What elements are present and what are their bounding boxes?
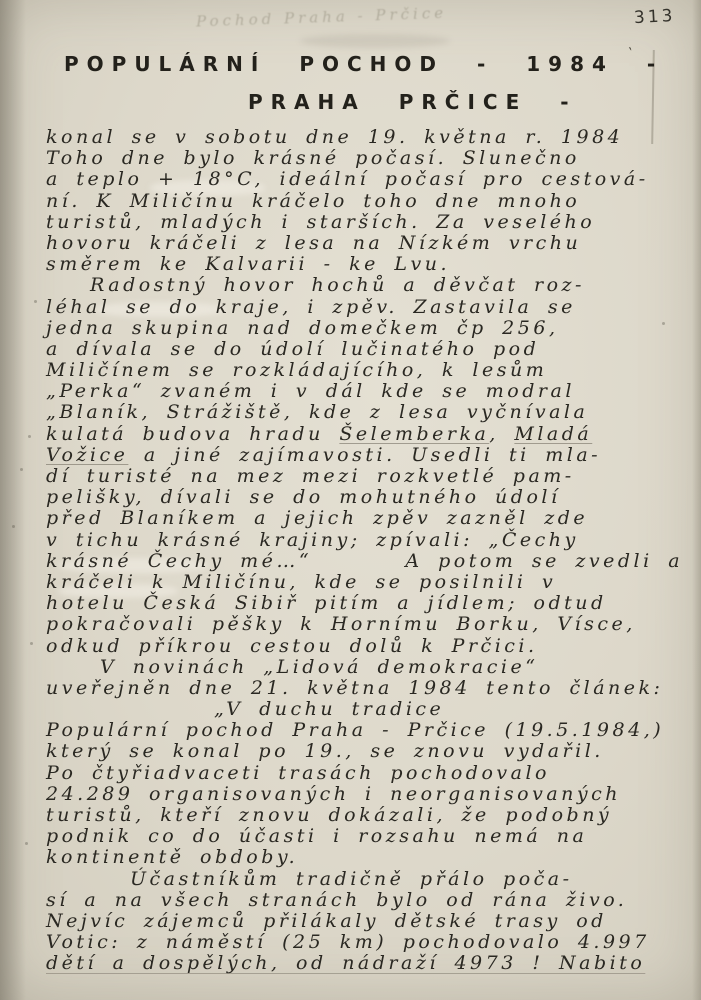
body-line: kráčeli k Miličínu, kde se posilnili v xyxy=(46,572,691,593)
body-line: ní. K Miličínu kráčelo toho dne mnoho xyxy=(46,191,691,212)
body-line: kontinentě obdoby. xyxy=(46,847,691,868)
body-line: Miličínem se rozkládajícího, k lesům xyxy=(46,360,691,381)
body-line: hovoru kráčeli z lesa na Nízkém vrchu xyxy=(46,233,691,254)
body-line: Populární pochod Praha - Prčice (19.5.19… xyxy=(46,720,691,741)
pen-tick-mark: ˏ xyxy=(626,32,638,53)
body-line: jedna skupina nad domečkem čp 256, xyxy=(46,318,691,339)
page-number: 313 xyxy=(633,6,675,28)
body-line: 24.289 organisovaných i neorganisovaných xyxy=(46,784,691,805)
underlined-word: Mladá xyxy=(514,423,592,445)
body-line: uveřejněn dne 21. května 1984 tento člán… xyxy=(46,678,691,699)
body-line: Vožice a jiné zajímavosti. Usedli ti mla… xyxy=(46,445,691,466)
paper-speck xyxy=(28,435,31,438)
body-line: Účastníkům tradičně přálo poča- xyxy=(46,869,691,890)
body-line-segment: , xyxy=(489,423,514,445)
body-line: směrem ke Kalvarii - ke Lvu. xyxy=(46,254,691,275)
pencil-annotation: Pochod Praha - Prčice xyxy=(196,3,456,30)
body-line: odkud příkrou cestou dolů k Prčici. xyxy=(46,636,691,657)
body-line: turistů, mladých i starších. Za veselého xyxy=(46,212,691,233)
page-edge-shadow xyxy=(692,0,701,1000)
body-line-segment: kulatá budova hradu xyxy=(46,423,339,445)
body-line: sí a na všech stranách bylo od rána živo… xyxy=(46,890,691,911)
body-line: V novinách „Lidová demokracie“ xyxy=(46,657,691,678)
body-line: „Blaník, Strážiště, kde z lesa vyčnívala xyxy=(46,402,691,423)
body-line: dětí a dospělých, od nádraží 4973 ! Nabi… xyxy=(46,953,691,974)
body-line: pokračovali pěšky k Hornímu Borku, Vísce… xyxy=(46,614,691,635)
body-line: Po čtyřiadvaceti trasách pochodovalo xyxy=(46,763,691,784)
body-line: před Blaníkem a jejich zpěv zazněl zde xyxy=(46,508,691,529)
page-title-line-1: POPULÁRNÍ POCHOD - 1984 - xyxy=(64,52,663,76)
page-title-line-2: PRAHA PRČICE - xyxy=(248,90,577,114)
pencil-smudge xyxy=(300,34,450,48)
body-line: který se konal po 19., se znovu vydařil. xyxy=(46,741,691,762)
binding-shadow xyxy=(0,0,26,1000)
body-line: kulatá budova hradu Šelemberka, Mladá xyxy=(46,424,691,445)
body-line: Radostný hovor hochů a děvčat roz- xyxy=(46,275,691,296)
body-line: Toho dne bylo krásné počasí. Slunečno xyxy=(46,148,691,169)
body-line: v tichu krásné krajiny; zpívali: „Čechy xyxy=(46,530,691,551)
body-line: podnik co do účasti i rozsahu nemá na xyxy=(46,826,691,847)
paper-speck xyxy=(12,525,15,528)
body-line: hotelu Česká Sibiř pitím a jídlem; odtud xyxy=(46,593,691,614)
handwritten-body: konal se v sobotu dne 19. května r. 1984… xyxy=(46,127,691,975)
paper-speck xyxy=(25,842,28,845)
paper-speck xyxy=(34,300,37,303)
body-line: pelišky, dívali se do mohutného údolí xyxy=(46,487,691,508)
body-line: Nejvíc zájemců přilákaly dětské trasy od xyxy=(46,911,691,932)
body-line: „Perka“ zvaném i v dál kde se modral xyxy=(46,381,691,402)
underlined-word: Vožice xyxy=(46,444,128,466)
body-line: konal se v sobotu dne 19. května r. 1984 xyxy=(46,127,691,148)
body-line: Votic: z náměstí (25 km) pochodovalo 4.9… xyxy=(46,932,691,953)
article-heading-line: „V duchu tradice xyxy=(46,699,691,720)
chronicle-page: 313 ˏ Pochod Praha - Prčice POPULÁRNÍ PO… xyxy=(0,0,701,1000)
body-line: turistů, kteří znovu dokázali, že podobn… xyxy=(46,805,691,826)
body-line: a teplo + 18°C, ideální počasí pro cesto… xyxy=(46,169,691,190)
underlined-word: Šelemberka xyxy=(339,423,489,445)
body-line: dí turisté na mez mezi rozkvetlé pam- xyxy=(46,466,691,487)
body-line-segment: a jiné zajímavosti. Usedli ti mla- xyxy=(128,444,601,466)
body-line: krásné Čechy mé…“ A potom se zvedli a xyxy=(46,551,691,572)
body-line: a dívala se do údolí lučinatého pod xyxy=(46,339,691,360)
paper-speck xyxy=(20,468,23,471)
paper-speck xyxy=(30,642,33,645)
body-line: léhal se do kraje, i zpěv. Zastavila se xyxy=(46,297,691,318)
